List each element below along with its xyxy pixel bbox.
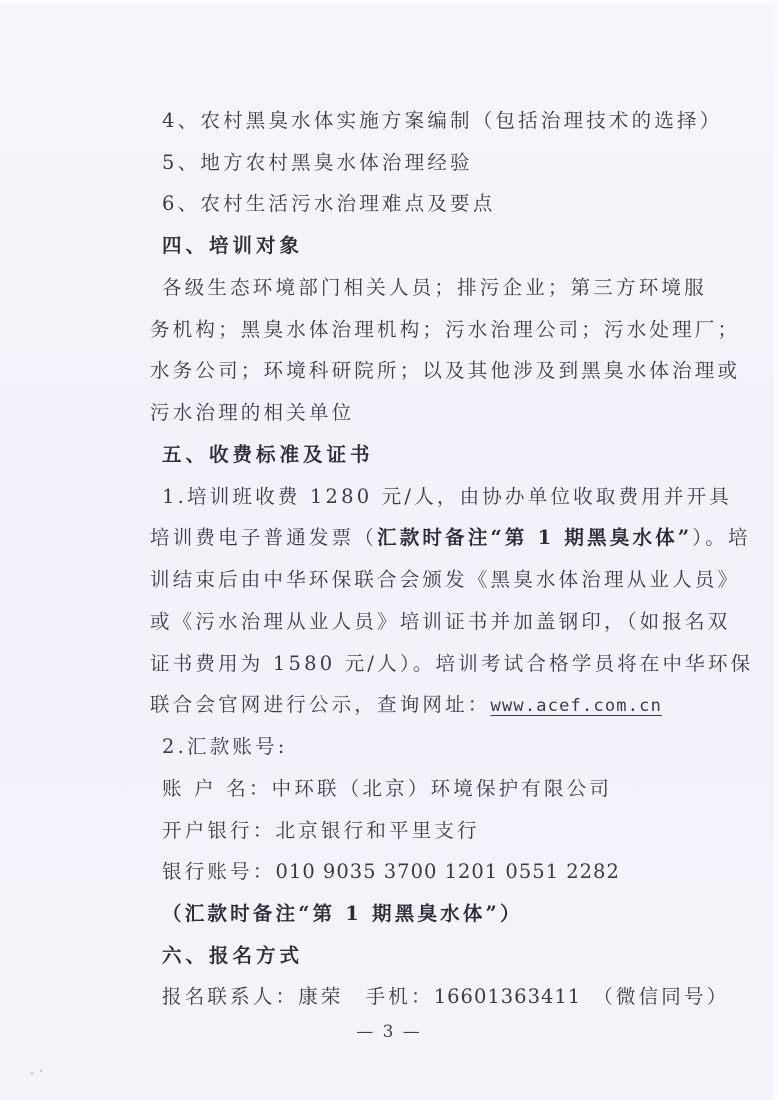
section-4-paragraph-line-3: 水务公司；环境科研院所；以及其他涉及到黑臭水体治理或 [150, 356, 740, 386]
website-link[interactable]: www.acef.com.cn [491, 696, 663, 716]
list-item-text: 农村黑臭水体实施方案编制（包括治理技术的选择） [200, 109, 722, 132]
phone-note: （微信同号） [593, 985, 729, 1008]
account-number-value: 010 9035 3700 1201 0551 2282 [276, 860, 620, 883]
fee-line-1: 1.培训班收费 1280 元/人，由协办单位收取费用并开具 [162, 482, 732, 512]
account-name-label: 账 户 名： [162, 777, 272, 800]
section-4-paragraph-line-1: 各级生态环境部门相关人员；排污企业；第三方环境服 [162, 273, 707, 303]
section-6-heading: 六、报名方式 [162, 941, 303, 971]
phone-label: 手机： [366, 985, 434, 1008]
remittance-title: 2.汇款账号: [162, 732, 288, 762]
list-item-text: 农村生活污水治理难点及要点 [200, 192, 495, 215]
fee-line-2: 培训费电子普通发票（汇款时备注“第 1 期黑臭水体”）。培 [150, 523, 751, 553]
list-item-4: 4、农村黑臭水体实施方案编制（包括治理技术的选择） [162, 106, 722, 136]
remittance-note-inline: 汇款时备注“第 1 期黑臭水体” [377, 526, 692, 549]
remittance-note: （汇款时备注“第 1 期黑臭水体”） [162, 899, 523, 929]
account-name-row: 账 户 名：中环联（北京）环境保护有限公司 [162, 774, 612, 804]
section-4-paragraph-line-4: 污水治理的相关单位 [150, 398, 354, 428]
phone-number: 16601363411 [434, 985, 581, 1008]
fee-line-6-prefix: 联合会官网进行公示，查询网址： [150, 693, 491, 716]
scan-artifact [31, 1072, 33, 1074]
bank-row: 开户银行：北京银行和平里支行 [162, 816, 480, 846]
fee-line-6: 联合会官网进行公示，查询网址：www.acef.com.cn [150, 690, 662, 720]
bank-label: 开户银行： [162, 819, 276, 842]
contact-label: 报名联系人： [162, 985, 298, 1008]
list-item-6: 6、农村生活污水治理难点及要点 [162, 189, 495, 219]
document-page: 4、农村黑臭水体实施方案编制（包括治理技术的选择） 5、地方农村黑臭水体治理经验… [0, 0, 778, 1100]
contact-row: 报名联系人：康荣手机：16601363411（微信同号） [162, 982, 729, 1012]
scan-edge-top [0, 0, 778, 4]
fee-line-4: 或《污水治理从业人员》培训证书并加盖钢印，（如报名双 [150, 607, 730, 637]
section-4-heading: 四、培训对象 [162, 231, 303, 261]
section-4-paragraph-line-2: 务机构；黑臭水体治理机构；污水治理公司；污水处理厂； [150, 315, 740, 345]
fee-line-2-prefix: 培训费电子普通发票（ [150, 526, 377, 549]
page-number: — 3 — [0, 1022, 778, 1042]
fee-line-2-suffix: ）。培 [692, 526, 750, 549]
list-item-text: 地方农村黑臭水体治理经验 [200, 151, 472, 174]
scan-artifact [40, 1070, 42, 1072]
account-number-label: 银行账号： [162, 860, 276, 883]
list-item-number: 4、 [162, 109, 200, 132]
fee-line-3: 训结束后由中华环保联合会颁发《黑臭水体治理从业人员》 [150, 565, 740, 595]
scan-edge-right [774, 0, 778, 1100]
list-item-5: 5、地方农村黑臭水体治理经验 [162, 148, 473, 178]
account-name-value: 中环联（北京）环境保护有限公司 [272, 777, 613, 800]
section-5-heading: 五、收费标准及证书 [162, 440, 374, 470]
list-item-number: 5、 [162, 151, 200, 174]
bank-value: 北京银行和平里支行 [276, 819, 480, 842]
list-item-number: 6、 [162, 192, 200, 215]
fee-line-5: 证书费用为 1580 元/人）。培训考试合格学员将在中华环保 [150, 649, 753, 679]
account-number-row: 银行账号：010 9035 3700 1201 0551 2282 [162, 857, 620, 887]
contact-name: 康荣 [298, 985, 343, 1008]
